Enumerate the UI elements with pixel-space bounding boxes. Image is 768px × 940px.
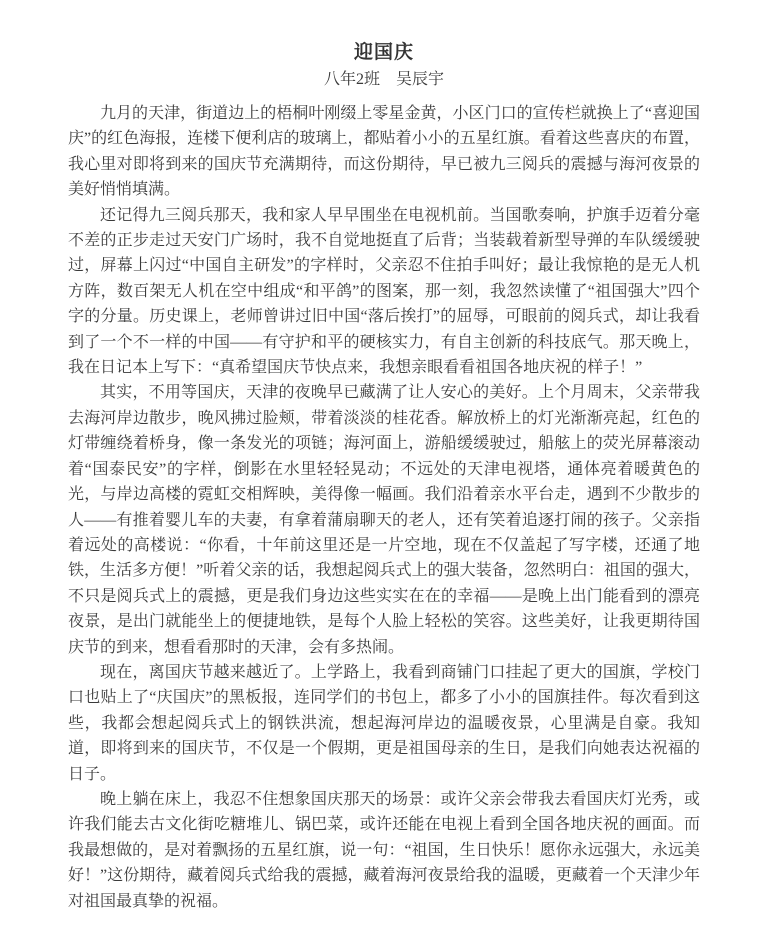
essay-paragraph: 九月的天津，街道边上的梧桐叶刚缀上零星金黄，小区门口的宣传栏就换上了“喜迎国庆”… xyxy=(68,101,700,203)
essay-paragraph: 现在，离国庆节越来越近了。上学路上，我看到商铺门口挂起了更大的国旗，学校门口也贴… xyxy=(68,660,700,787)
essay-title: 迎国庆 xyxy=(68,40,700,66)
essay-body: 九月的天津，街道边上的梧桐叶刚缀上零星金黄，小区门口的宣传栏就换上了“喜迎国庆”… xyxy=(68,101,700,914)
essay-paragraph: 其实，不用等国庆，天津的夜晚早已藏满了让人安心的美好。上个月周末，父亲带我去海河… xyxy=(68,380,700,659)
essay-byline: 八年2班 吴辰宇 xyxy=(68,68,700,92)
essay-paragraph: 晚上躺在床上，我忍不住想象国庆那天的场景：或许父亲会带我去看国庆灯光秀，或许我们… xyxy=(68,787,700,914)
document-page: 迎国庆 八年2班 吴辰宇 九月的天津，街道边上的梧桐叶刚缀上零星金黄，小区门口的… xyxy=(0,0,768,940)
essay-paragraph: 还记得九三阅兵那天，我和家人早早围坐在电视机前。当国歌奏响，护旗手迈着分毫不差的… xyxy=(68,203,700,381)
